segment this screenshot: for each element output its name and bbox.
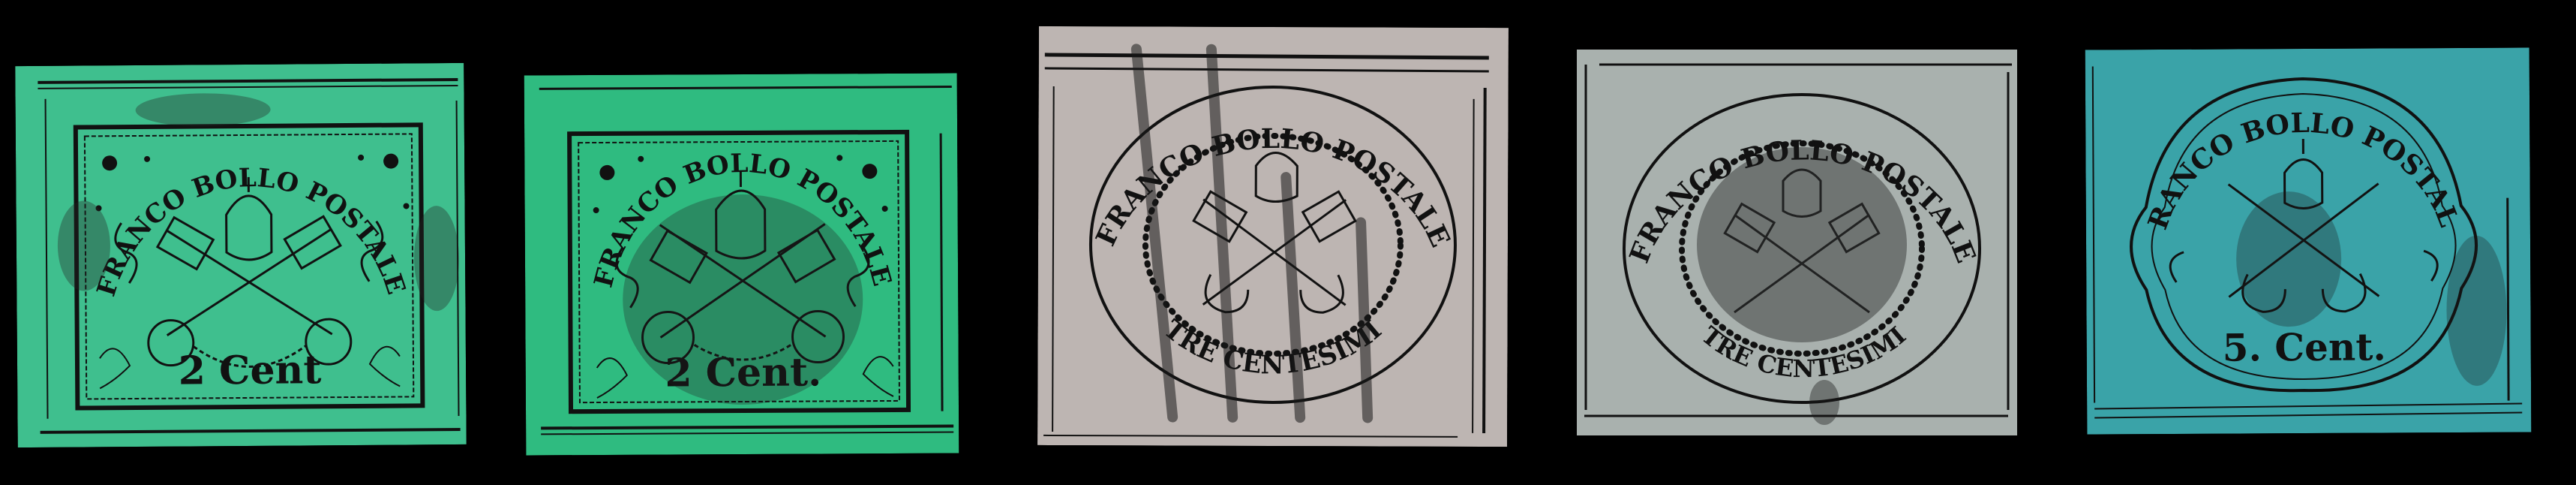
- stamp-1-value: 2 Cent: [179, 347, 322, 393]
- stamp-1-artwork: FRANCO BOLLO POSTALE 2 Cent: [15, 63, 467, 447]
- stamp-5-artwork: FRANCO BOLLO POSTALE 5. Cent.: [2085, 47, 2532, 434]
- stamp-1-green-2-cent: FRANCO BOLLO POSTALE 2 Cent: [15, 63, 467, 447]
- stamp-2-artwork: FRANCO BOLLO POSTALE 2 Cent.: [524, 73, 959, 455]
- stamp-4-grey-tre-centesimi: FRANCO BOLLO POSTALE TRE CENTESIMI: [1577, 50, 2017, 435]
- stamp-5-blue-5-cent: FRANCO BOLLO POSTALE 5. Cent.: [2085, 47, 2532, 434]
- stamp-5-value: 5. Cent.: [2223, 324, 2386, 369]
- stamp-4-artwork: FRANCO BOLLO POSTALE TRE CENTESIMI: [1577, 50, 2017, 435]
- stamp-3-artwork: FRANCO BOLLO POSTALE TRE CENTESIMI: [1037, 26, 1509, 447]
- stamp-3-lilac-tre-centesimi: FRANCO BOLLO POSTALE TRE CENTESIMI: [1037, 26, 1509, 447]
- stamp-2-green-2-cent: FRANCO BOLLO POSTALE 2 Cent.: [524, 73, 959, 455]
